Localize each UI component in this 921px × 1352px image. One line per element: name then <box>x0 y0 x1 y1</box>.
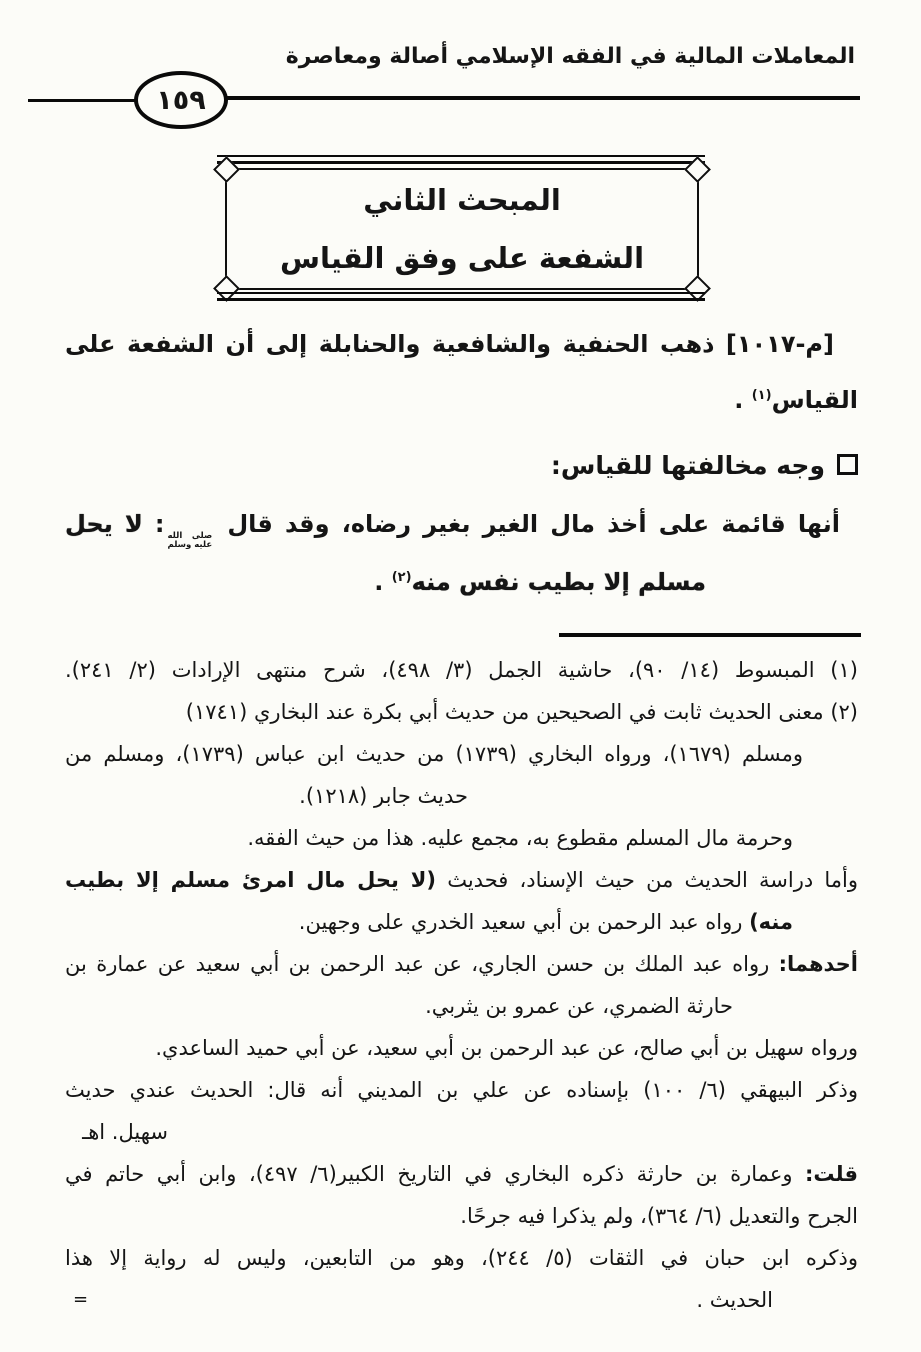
header-rule-right <box>224 96 860 100</box>
footnote-2-line: أحدهما: رواه عبد الملك بن حسن الجاري، عن… <box>65 943 858 985</box>
paragraph-text: : <box>143 510 165 538</box>
footnote-text: وأما دراسة الحديث من حيث الإسناد، فحديث <box>436 868 858 892</box>
book-page: المعاملات المالية في الفقه الإسلامي أصال… <box>0 0 921 1352</box>
body-paragraph-line: القياس(١) . <box>65 374 858 426</box>
footnote-text: حديث جابر (١٢١٨). <box>299 784 468 808</box>
body-paragraph-line: مسلم إلا بطيب نفس منه(٢) . <box>65 556 858 608</box>
subsection-heading-text: وجه مخالفتها للقياس: <box>551 451 825 480</box>
pbuh-calligraphy-icon: صلى اللهعليه وسلم <box>168 532 213 550</box>
footnote-ref-2: (٢) <box>392 570 412 585</box>
footnote-2-line: سهيل. اهـ <box>65 1111 858 1153</box>
footnote-2-line: ومسلم (١٦٧٩)، ورواه البخاري (١٧٣٩) من حد… <box>65 733 858 775</box>
footnote-separator <box>559 633 861 637</box>
footnote-2-line: =الحديث . <box>65 1279 858 1321</box>
footnote-text: سهيل. اهـ <box>82 1120 168 1144</box>
footnote-text: وذكر البيهقي (٦/ ١٠٠) بإسناده عن علي بن … <box>65 1078 858 1102</box>
continuation-mark: = <box>73 1279 88 1321</box>
section-subject-title: الشفعة على وفق القياس <box>227 230 697 286</box>
footnote-1: (١) المبسوط (١٤/ ٩٠)، حاشية الجمل (٣/ ٤٩… <box>65 649 858 691</box>
section-number-title: المبحث الثاني <box>227 172 697 228</box>
footnote-2-line: وحرمة مال المسلم مقطوع به، مجمع عليه. هذ… <box>65 817 858 859</box>
page-number-badge: ١٥٩ <box>134 71 228 129</box>
title-box-bottom-rule <box>217 292 705 301</box>
footnote-2-line: ورواه سهيل بن أبي صالح، عن عبد الرحمن بن… <box>65 1027 858 1069</box>
footnote-2-line: وذكره ابن حبان في الثقات (٥/ ٢٤٤)، وهو م… <box>65 1237 858 1279</box>
footnote-2-line: منه) رواه عبد الرحمن بن أبي سعيد الخدري … <box>65 901 858 943</box>
footnote-text: وحرمة مال المسلم مقطوع به، مجمع عليه. هذ… <box>247 826 793 850</box>
footnote-text: وعمارة بن حارثة ذكره البخاري في التاريخ … <box>65 1162 805 1186</box>
footnote-text: معنى الحديث ثابت في الصحيحين من حديث أبي… <box>186 700 824 724</box>
hadith-text: منه) <box>749 910 793 934</box>
footnote-2-marker: (٢) <box>830 700 858 724</box>
subsection-heading: وجه مخالفتها للقياس: <box>65 440 858 492</box>
footnote-text: أحدهما: <box>779 952 858 976</box>
footnote-2-line: قلت: وعمارة بن حارثة ذكره البخاري في الت… <box>65 1153 858 1195</box>
page-number: ١٥٩ <box>156 85 205 116</box>
body-paragraph-line: أنها قائمة على أخذ مال الغير بغير رضاه، … <box>65 498 858 550</box>
footnote-2-line: حارثة الضمري، عن عمرو بن يثربي. <box>65 985 858 1027</box>
footnote-text: رواه عبد الرحمن بن أبي سعيد الخدري على و… <box>299 910 749 934</box>
section-title-box: المبحث الثاني الشفعة على وفق القياس <box>225 168 699 290</box>
pbuh-bottom: عليه وسلم <box>168 541 213 550</box>
footnote-text: المبسوط (١٤/ ٩٠)، حاشية الجمل (٣/ ٤٩٨)، … <box>65 658 815 682</box>
footnote-1-marker: (١) <box>830 658 858 682</box>
footnote-2-line: (٢) معنى الحديث ثابت في الصحيحين من حديث… <box>65 691 858 733</box>
running-head-book-title: المعاملات المالية في الفقه الإسلامي أصال… <box>70 44 855 69</box>
paragraph-text: القياس <box>772 386 858 414</box>
body-paragraph-line: [م-١٠١٧] ذهب الحنفية والشافعية والحنابلة… <box>65 318 858 370</box>
title-box-top-rule <box>217 155 705 164</box>
footnote-text: وذكره ابن حبان في الثقات (٥/ ٢٤٤)، وهو م… <box>65 1246 858 1270</box>
footnote-text: الحديث . <box>696 1288 773 1312</box>
footnote-ref-1: (١) <box>752 388 772 403</box>
footnote-2-line: وأما دراسة الحديث من حيث الإسناد، فحديث … <box>65 859 858 901</box>
footnote-text: ومسلم (١٦٧٩)، ورواه البخاري (١٧٣٩) من حد… <box>65 742 803 766</box>
footnote-2-line: وذكر البيهقي (٦/ ١٠٠) بإسناده عن علي بن … <box>65 1069 858 1111</box>
paragraph-text: أنها قائمة على أخذ مال الغير بغير رضاه، … <box>215 510 840 538</box>
paragraph-text: . <box>734 386 751 414</box>
footnote-2-line: الجرح والتعديل (٦/ ٣٦٤)، ولم يذكرا فيه ج… <box>65 1195 858 1237</box>
paragraph-text: [م-١٠١٧] ذهب الحنفية والشافعية والحنابلة… <box>65 330 834 370</box>
footnote-text: حارثة الضمري، عن عمرو بن يثربي. <box>425 994 733 1018</box>
footnote-text: رواه عبد الملك بن حسن الجاري، عن عبد الر… <box>65 952 779 976</box>
footnote-text: قلت: <box>805 1162 858 1186</box>
header-rule-left <box>28 99 140 102</box>
footnote-text: ورواه سهيل بن أبي صالح، عن عبد الرحمن بن… <box>155 1036 858 1060</box>
footnote-2-line: حديث جابر (١٢١٨). <box>65 775 858 817</box>
paragraph-text: . <box>374 568 391 596</box>
footnotes-block: (١) المبسوط (١٤/ ٩٠)، حاشية الجمل (٣/ ٤٩… <box>65 649 858 1321</box>
square-bullet-icon <box>837 454 858 475</box>
hadith-text: مسلم إلا بطيب نفس منه <box>412 568 706 596</box>
footnote-text: الجرح والتعديل (٦/ ٣٦٤)، ولم يذكرا فيه ج… <box>460 1204 858 1228</box>
